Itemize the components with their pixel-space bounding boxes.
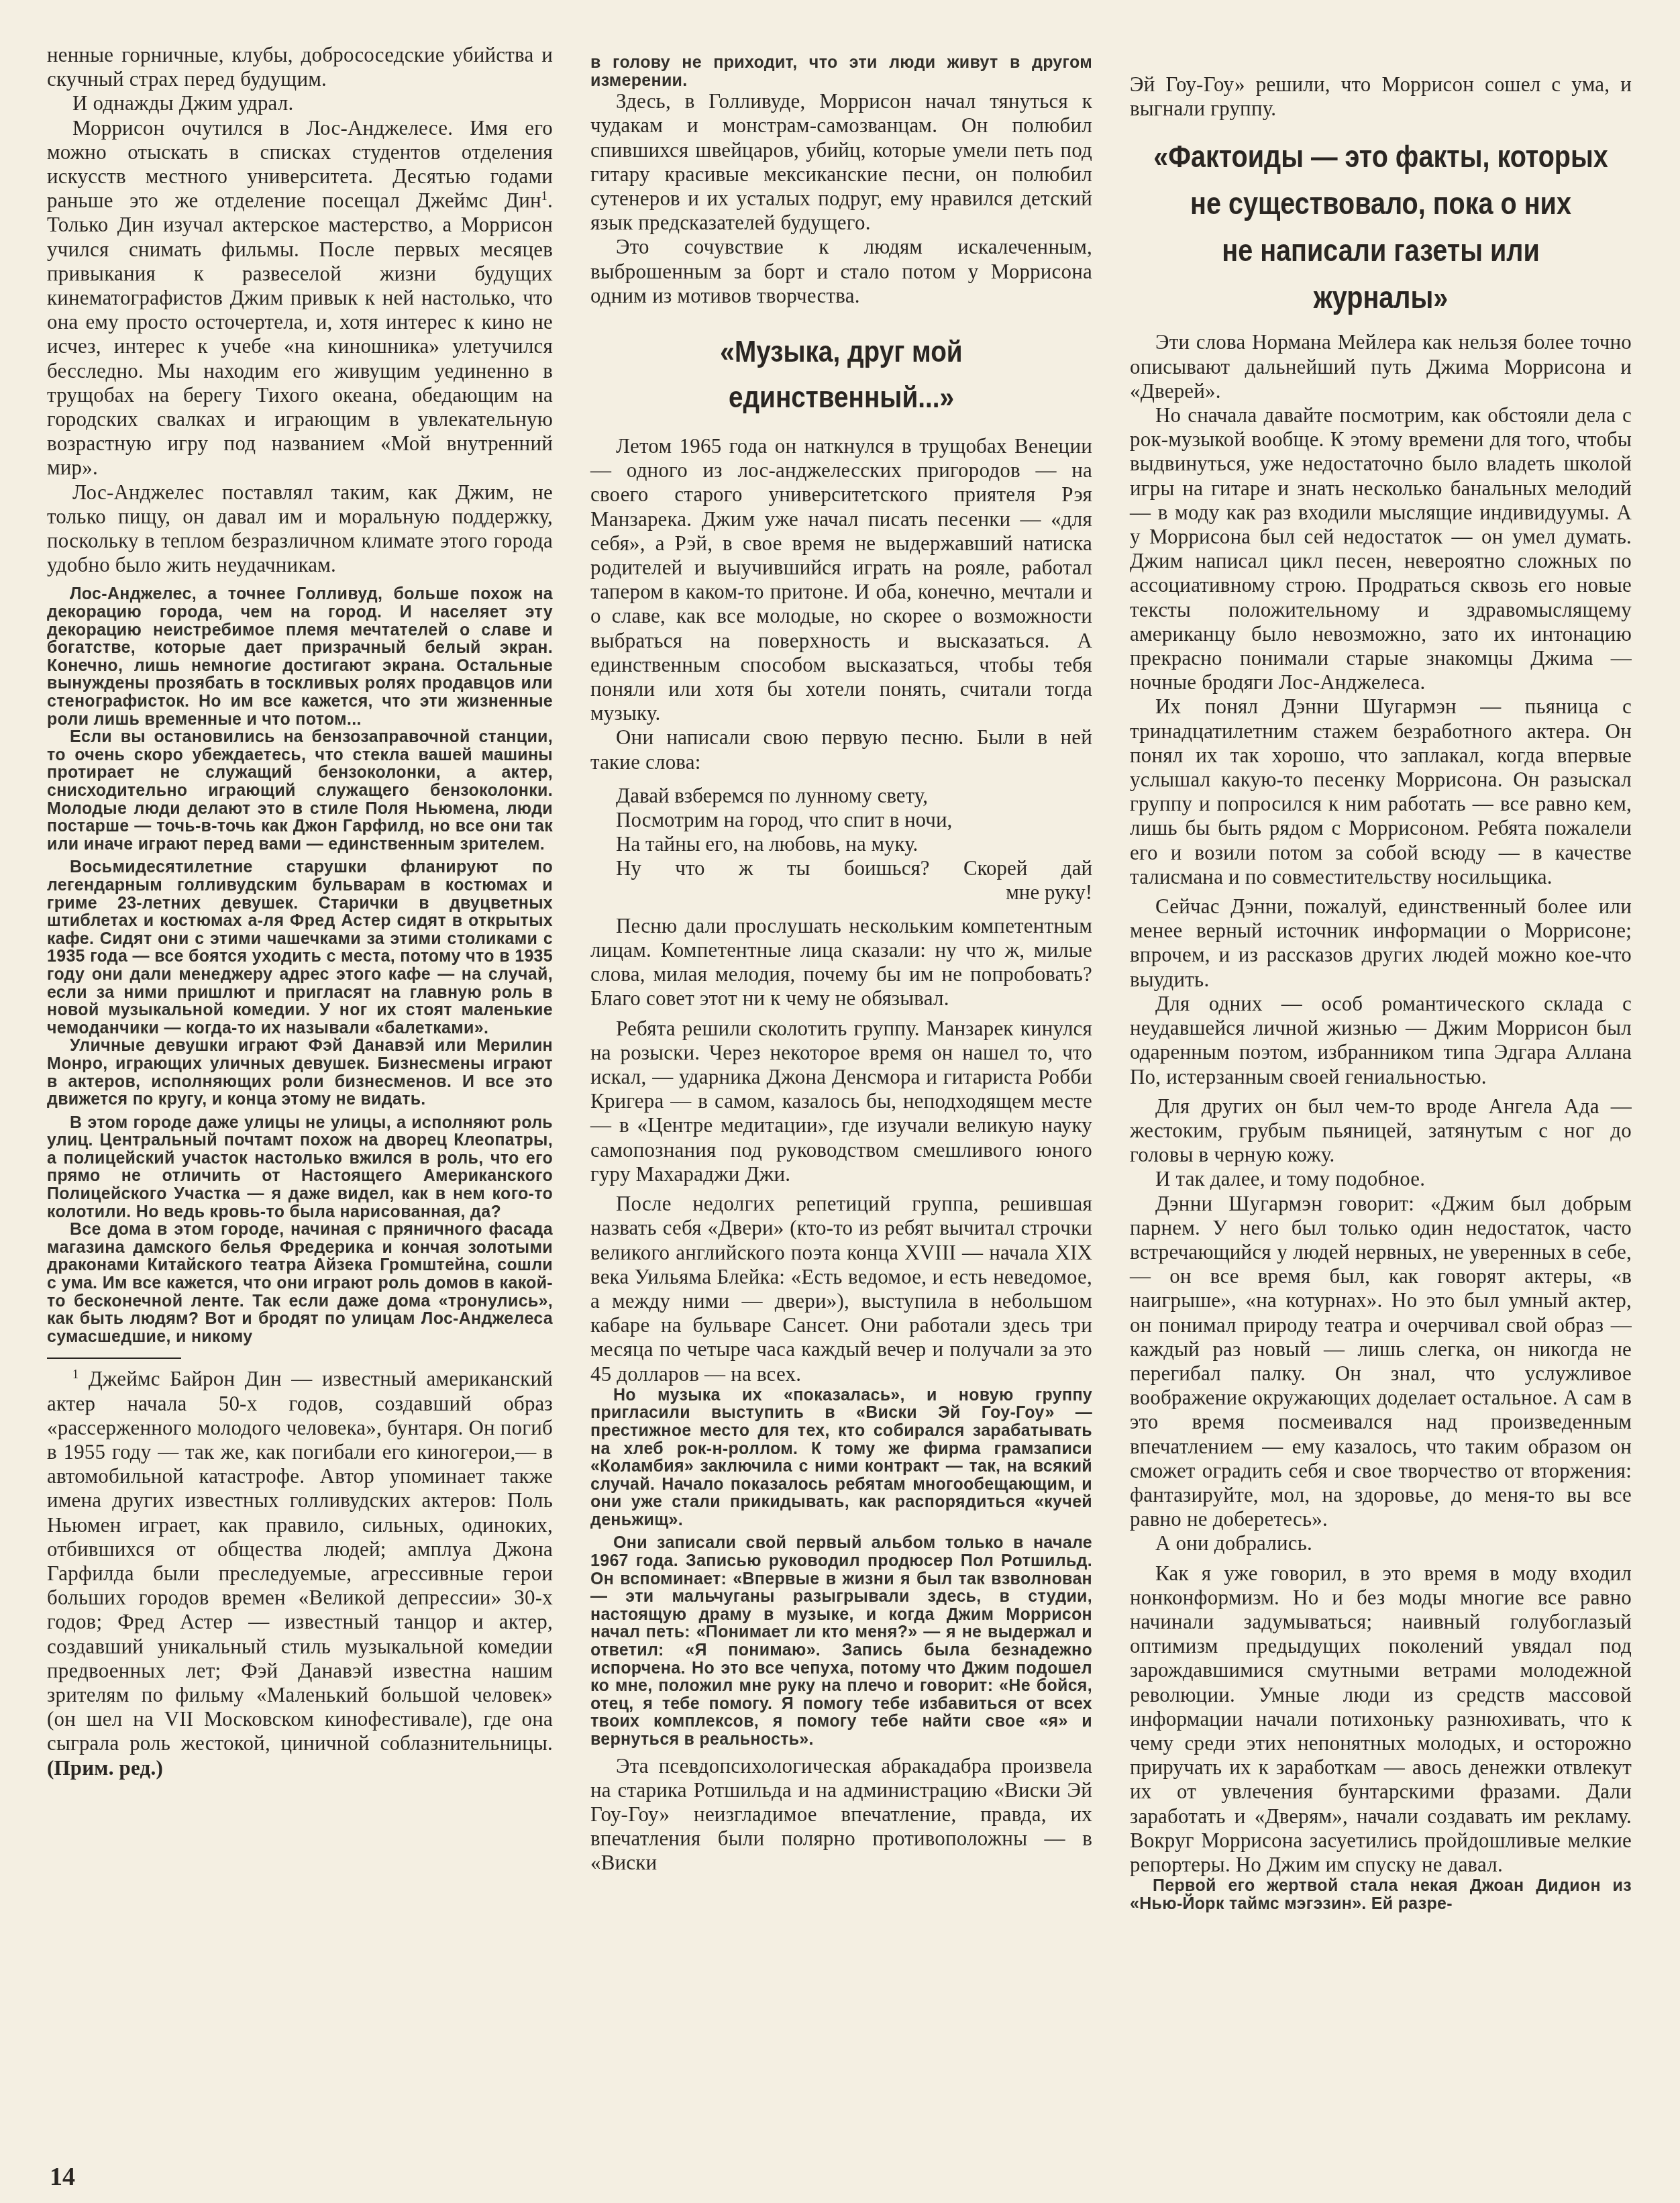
small-paragraph: в голову не приходит, что эти люди живут… xyxy=(590,54,1092,89)
small-paragraph: Если вы остановились на бензозаправочной… xyxy=(47,728,553,853)
small-paragraph: Первой его жертвой стала некая Джоан Дид… xyxy=(1130,1877,1632,1912)
small-paragraph: Все дома в этом городе, начиная с прянич… xyxy=(47,1221,553,1345)
footnote-marker: 1 xyxy=(72,1368,78,1381)
heading-line: «Фактоиды — это факты, которых xyxy=(1153,133,1608,180)
lyric-line: Давай взберемся по лунному свету, xyxy=(616,784,1092,808)
paragraph-text: Моррисон очутился в Лос-Анджелесе. Имя е… xyxy=(47,116,553,213)
paragraph: Летом 1965 года он наткнулся в трущобах … xyxy=(590,434,1092,725)
middle-main-text-3: Песню дали прослушать нескольким компете… xyxy=(590,914,1092,1386)
paragraph: Их понял Дэнни Шугармэн — пьяница с трин… xyxy=(1130,695,1632,889)
footnote-divider xyxy=(47,1357,181,1359)
column-middle: в голову не приходит, что эти люди живут… xyxy=(590,54,1092,1876)
paragraph: Эй Гоу-Гоу» решили, что Моррисон сошел с… xyxy=(1130,72,1632,121)
footnote: 1 Джеймс Байрон Дин — известный американ… xyxy=(47,1367,553,1780)
heading-line: не написали газеты или журналы» xyxy=(1153,227,1608,321)
lyric-line: Посмотрим на город, что спит в ночи, xyxy=(616,808,1092,832)
paragraph: Эти слова Нормана Мейлера как нельзя бол… xyxy=(1130,330,1632,403)
small-paragraph: В этом городе даже улицы не улицы, а исп… xyxy=(47,1114,553,1221)
left-main-text: ненные горничные, клубы, добрососедские … xyxy=(47,43,553,577)
paragraph-text: . Только Дин изучал актерское мастерство… xyxy=(47,189,553,479)
middle-small-top: в голову не приходит, что эти люди живут… xyxy=(590,54,1092,89)
middle-small-print: Но музыка их «показалась», и новую групп… xyxy=(590,1386,1092,1749)
paragraph: Дэнни Шугармэн говорит: «Джим был добрым… xyxy=(1130,1192,1632,1532)
paragraph: И так далее, и тому подобное. xyxy=(1130,1167,1632,1191)
heading-line: «Музыка, друг мой xyxy=(621,329,1062,375)
paragraph: После недолгих репетиций группа, решивша… xyxy=(590,1192,1092,1386)
section-heading-factoids: «Фактоиды — это факты, которых не сущест… xyxy=(1153,133,1608,321)
small-paragraph: Восьмидесятилетние старушки фланируют по… xyxy=(47,858,553,1037)
paragraph: А они добрались. xyxy=(1130,1531,1632,1555)
paragraph: Но сначала давайте посмотрим, как обстоя… xyxy=(1130,403,1632,695)
editor-note: (Прим. ред.) xyxy=(47,1756,163,1780)
paragraph: Лос-Анджелес поставлял таким, как Джим, … xyxy=(47,480,553,578)
right-main-text: Эти слова Нормана Мейлера как нельзя бол… xyxy=(1130,330,1632,1877)
paragraph: Для одних — особ романтического склада с… xyxy=(1130,992,1632,1089)
middle-main-text-4: Эта псевдопсихологическая абракадабра пр… xyxy=(590,1754,1092,1876)
footnote-text: 1 Джеймс Байрон Дин — известный американ… xyxy=(47,1367,553,1780)
small-paragraph: Лос-Анджелес, а точнее Голливуд, больше … xyxy=(47,585,553,728)
paragraph: Ребята решили сколотить группу. Манзарек… xyxy=(590,1017,1092,1186)
small-paragraph: Они записали свой первый альбом только в… xyxy=(590,1534,1092,1748)
small-paragraph: Но музыка их «показалась», и новую групп… xyxy=(590,1386,1092,1529)
paragraph: Для других он был чем-то вроде Ангела Ад… xyxy=(1130,1094,1632,1168)
left-small-print: Лос-Анджелес, а точнее Голливуд, больше … xyxy=(47,585,553,1345)
middle-main-text: Здесь, в Голливуде, Моррисон начал тянут… xyxy=(590,89,1092,308)
column-left: ненные горничные, клубы, добрососедские … xyxy=(47,43,553,1780)
column-right: Эй Гоу-Гоу» решили, что Моррисон сошел с… xyxy=(1130,72,1632,1912)
small-paragraph: Уличные девушки играют Фэй Данавэй или М… xyxy=(47,1037,553,1108)
right-main-text-top: Эй Гоу-Гоу» решили, что Моррисон сошел с… xyxy=(1130,72,1632,121)
paragraph: Песню дали прослушать нескольким компете… xyxy=(590,914,1092,1011)
paragraph: Здесь, в Голливуде, Моррисон начал тянут… xyxy=(590,89,1092,235)
heading-line: единственный...» xyxy=(621,375,1062,421)
paragraph: Они написали свою первую песню. Были в н… xyxy=(590,725,1092,774)
paragraph: Моррисон очутился в Лос-Анджелесе. Имя е… xyxy=(47,116,553,480)
paragraph: Как я уже говорил, в это время в моду вх… xyxy=(1130,1561,1632,1878)
page-number: 14 xyxy=(50,2162,75,2192)
footnote-reference: 1 xyxy=(541,189,547,203)
paragraph: Сейчас Дэнни, пожалуй, единственный боле… xyxy=(1130,894,1632,992)
lyric-line: На тайны его, на любовь, на муку. xyxy=(616,832,1092,856)
paragraph: Эта псевдопсихологическая абракадабра пр… xyxy=(590,1754,1092,1876)
song-lyrics: Давай взберемся по лунному свету, Посмот… xyxy=(590,784,1092,905)
heading-line: не существовало, пока о них xyxy=(1153,180,1608,227)
section-heading-music: «Музыка, друг мой единственный...» xyxy=(621,329,1062,421)
paragraph: И однажды Джим удрал. xyxy=(47,91,553,115)
lyric-line: Ну что ж ты боишься? Скорей дай xyxy=(616,856,1092,880)
paragraph: Это сочувствие к людям искалеченным, выб… xyxy=(590,235,1092,308)
paragraph: ненные горничные, клубы, добрососедские … xyxy=(47,43,553,91)
lyric-line: мне руку! xyxy=(616,880,1092,905)
middle-main-text-2: Летом 1965 года он наткнулся в трущобах … xyxy=(590,434,1092,774)
footnote-body: Джеймс Байрон Дин — известный американск… xyxy=(47,1367,553,1755)
right-small-print: Первой его жертвой стала некая Джоан Дид… xyxy=(1130,1877,1632,1912)
